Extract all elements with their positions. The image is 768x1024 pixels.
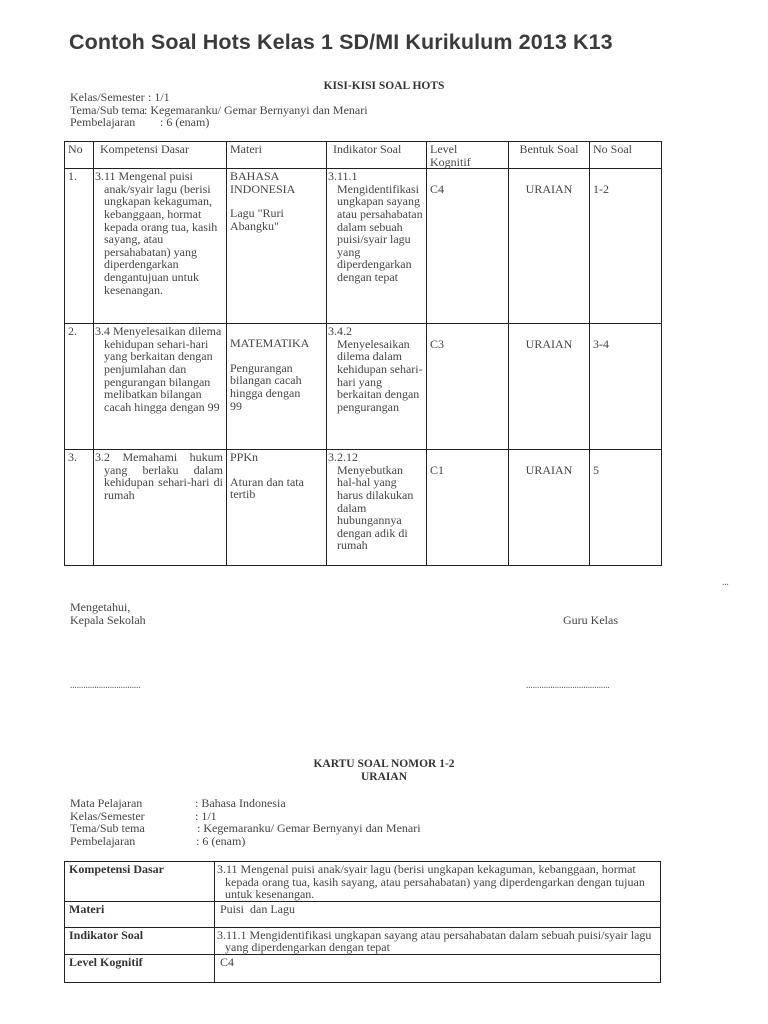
cell-kd: 3.4 Menyelesaikan dilema kehidupan sehar… [94, 324, 227, 450]
kartu-key: Kompetensi Dasar [65, 862, 215, 902]
kartu-row-materi: Materi Puisi dan Lagu [65, 901, 661, 927]
meta-value: : 6 (enam) [160, 116, 209, 129]
cell-bentuk: URAIAN [509, 324, 590, 450]
cell-materi: MATEMATIKA Pengurangan bilangan cacah hi… [227, 324, 327, 450]
kartu-meta-pembelajaran: Pembelajaran : 6 (enam) [70, 835, 421, 848]
signature-left-line2: Kepala Sekolah [70, 614, 146, 627]
materi-subject: PPKn [230, 451, 323, 464]
kartu-subheading: URAIAN [0, 771, 768, 783]
cell-nosoal: 5 [590, 450, 662, 566]
signature-left-line: ................................ [70, 680, 140, 691]
col-header-nosoal: No Soal [590, 142, 662, 169]
kartu-value: 3.11 Mengenal puisi anak/syair lagu (ber… [215, 862, 661, 902]
cell-no: 1. [65, 169, 94, 324]
cell-bentuk: URAIAN [509, 450, 590, 566]
kartu-value: 3.11.1 Mengidentifikasi ungkapan sayang … [215, 927, 661, 954]
materi-detail: Lagu "Ruri Abangku" [230, 207, 300, 232]
kartu-key: Materi [65, 901, 215, 927]
cell-materi: PPKn Aturan dan tata tertib [227, 450, 327, 566]
table-row: 1. 3.11 Mengenal puisi anak/syair lagu (… [65, 169, 662, 324]
signature-left-label: Mengetahui, Kepala Sekolah [70, 601, 146, 626]
meta-label: Pembelajaran [70, 835, 196, 848]
cell-indikator: 3.2.12 Menyebutkan hal-hal yang harus di… [327, 450, 427, 566]
kartu-meta-mapel: Mata Pelajaran : Bahasa Indonesia [70, 797, 421, 810]
meta-value: : 1/1 [148, 91, 170, 104]
col-header-bentuk: Bentuk Soal [509, 142, 590, 169]
kisi-meta-kelas: Kelas/Semester : 1/1 [70, 91, 368, 104]
kartu-row-level: Level Kognitif C4 [65, 954, 661, 982]
col-header-level-text: Level Kognitif [430, 143, 482, 168]
table-row: 3. 3.2 Memahami hukum yang berlaku dalam… [65, 450, 662, 566]
kisi-table: No Kompetensi Dasar Materi Indikator Soa… [64, 141, 662, 566]
meta-label: Pembelajaran [70, 116, 160, 129]
materi-subject: BAHASA INDONESIA [230, 170, 300, 195]
signature-right-line: ...................................... [526, 680, 610, 691]
meta-value: : Kegemaranku/ Gemar Bernyanyi dan Menar… [197, 822, 421, 835]
page-title: Contoh Soal Hots Kelas 1 SD/MI Kurikulum… [69, 30, 613, 55]
kartu-key: Level Kognitif [65, 954, 215, 982]
col-header-no: No [65, 142, 94, 169]
cell-kd: 3.11 Mengenal puisi anak/syair lagu (ber… [94, 169, 227, 324]
cell-nosoal: 3-4 [590, 324, 662, 450]
cell-no: 2. [65, 324, 94, 450]
kartu-key: Indikator Soal [65, 927, 215, 954]
materi-detail: Pengurangan bilangan cacah hingga dengan… [230, 362, 310, 412]
kartu-value: Puisi dan Lagu [215, 901, 661, 927]
table-row: 2. 3.4 Menyelesaikan dilema kehidupan se… [65, 324, 662, 450]
cell-no: 3. [65, 450, 94, 566]
ellipsis-marker: ... [722, 577, 729, 588]
kisi-meta: Kelas/Semester : 1/1 Tema/Sub tema : Keg… [70, 91, 368, 129]
materi-detail: Aturan dan tata tertib [230, 476, 315, 501]
meta-value: : Bahasa Indonesia [195, 797, 286, 810]
cell-level: C1 [427, 450, 509, 566]
col-header-level: Level Kognitif [427, 142, 509, 169]
col-header-materi: Materi [227, 142, 327, 169]
kartu-meta: Mata Pelajaran : Bahasa Indonesia Kelas/… [70, 797, 421, 847]
cell-indikator: 3.11.1 Mengidentifikasi ungkapan sayang … [327, 169, 427, 324]
cell-indikator: 3.4.2 Menyelesaikan dilema dalam kehidup… [327, 324, 427, 450]
cell-level: C3 [427, 324, 509, 450]
kartu-table: Kompetensi Dasar 3.11 Mengenal puisi ana… [64, 861, 661, 983]
materi-subject: MATEMATIKA [230, 337, 323, 350]
cell-bentuk: URAIAN [509, 169, 590, 324]
signature-right-label: Guru Kelas [563, 614, 618, 627]
kartu-meta-tema: Tema/Sub tema : Kegemaranku/ Gemar Berny… [70, 822, 421, 835]
signature-left-line1: Mengetahui, [70, 601, 146, 614]
col-header-indikator: Indikator Soal [327, 142, 427, 169]
kartu-value: C4 [215, 954, 661, 982]
meta-label: Mata Pelajaran [70, 797, 195, 810]
col-header-kd: Kompetensi Dasar [94, 142, 227, 169]
meta-label: Tema/Sub tema [70, 822, 197, 835]
kartu-row-indikator: Indikator Soal 3.11.1 Mengidentifikasi u… [65, 927, 661, 954]
cell-nosoal: 1-2 [590, 169, 662, 324]
kisi-header-row: No Kompetensi Dasar Materi Indikator Soa… [65, 142, 662, 169]
kartu-row-kd: Kompetensi Dasar 3.11 Mengenal puisi ana… [65, 862, 661, 902]
cell-kd: 3.2 Memahami hukum yang berlaku dalam ke… [94, 450, 227, 566]
cell-materi: BAHASA INDONESIA Lagu "Ruri Abangku" [227, 169, 327, 324]
meta-value: : 6 (enam) [196, 835, 245, 848]
kartu-heading: KARTU SOAL NOMOR 1-2 [0, 758, 768, 770]
cell-level: C4 [427, 169, 509, 324]
kisi-meta-pembelajaran: Pembelajaran : 6 (enam) [70, 116, 368, 129]
meta-label: Kelas/Semester [70, 91, 148, 104]
